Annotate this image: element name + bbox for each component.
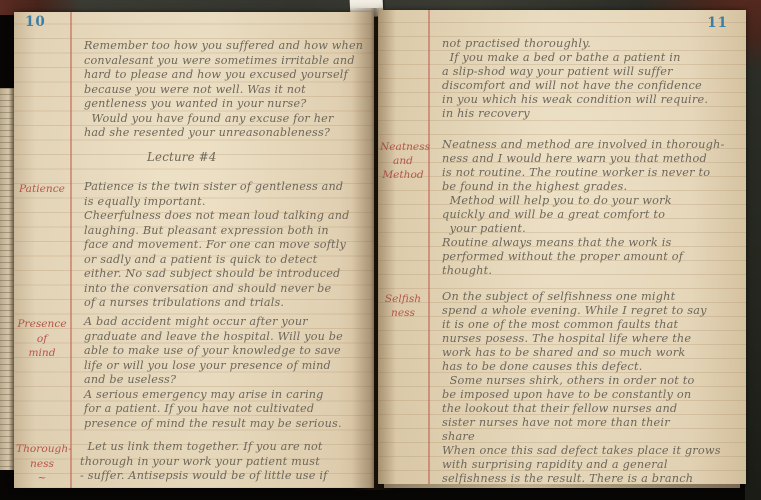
red-margin-line-left	[70, 12, 72, 488]
paragraph-presence-of-mind: A bad accident might occur after your gr…	[84, 315, 384, 431]
margin-note-selfishness: Selfish ness	[380, 292, 426, 320]
paragraph-neatness-and-method: Neatness and method are involved in thor…	[442, 138, 744, 278]
paragraph-intro: Remember too how you suffered and how wh…	[84, 39, 384, 141]
margin-note-thoroughness: Thorough- ness ~	[16, 442, 68, 486]
notebook-left-page: 10 Remember too how you suffered and how…	[14, 12, 374, 488]
paragraph-patience: Patience is the twin sister of gentlenes…	[84, 180, 384, 311]
paragraph-thoroughness-continued: not practised thoroughly. If you make a …	[442, 37, 742, 121]
page-under-edge	[384, 484, 740, 488]
margin-note-patience: Patience	[16, 182, 68, 197]
red-margin-line-right	[428, 10, 430, 484]
lecture-heading: Lecture #4	[147, 150, 217, 165]
margin-note-presence-of-mind: Presence of mind	[16, 317, 68, 361]
margin-note-neatness-and-method: Neatness and Method	[380, 140, 426, 182]
paragraph-selfishness: On the subject of selfishness one might …	[442, 290, 746, 486]
page-stack-left-edge	[0, 88, 14, 470]
page-number-right: 11	[707, 15, 728, 31]
book-cover-right-edge	[745, 0, 761, 500]
paragraph-thoroughness: Let us link them together. If you are no…	[80, 440, 386, 484]
page-number-left: 10	[25, 14, 46, 30]
notebook-right-page: 11 not practised thoroughly. If you make…	[378, 10, 746, 484]
